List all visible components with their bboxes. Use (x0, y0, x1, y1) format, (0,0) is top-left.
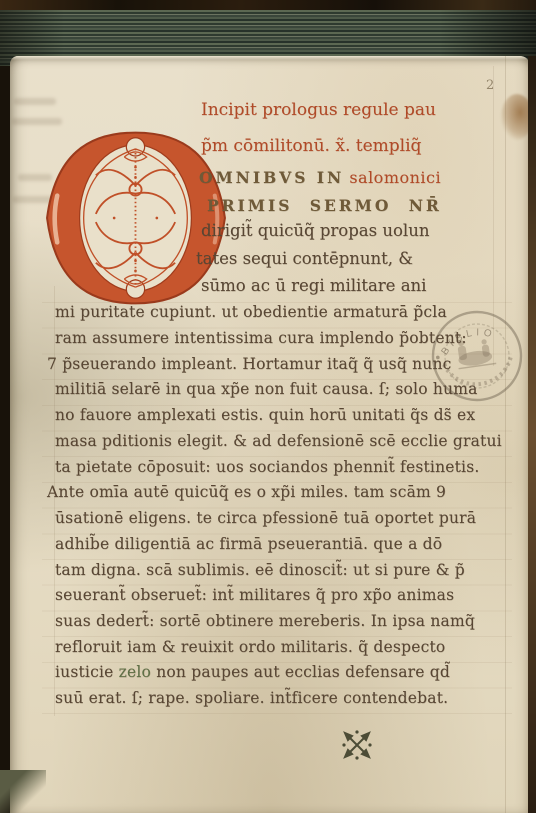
body-line: ram assumere intentissima cura implendo … (55, 329, 467, 347)
body-line: Ante omīa autē quicūq̃ es o xp̃i miles. … (47, 483, 446, 501)
body-line: suū erat. ſ; rape. spoliare. int̃ficere … (55, 689, 448, 707)
quire-mark-icon (340, 728, 374, 762)
opening-capitals: OMNIBVS IN (199, 168, 344, 187)
rubric-end-word: salomonici (349, 168, 441, 187)
green-ink-word: zelo (119, 663, 151, 681)
body-line: 7 p̃seuerando impleant. Hortamur itaq̃ q… (47, 355, 452, 373)
body-line: refloruit iam & reuixit ordo militaris. … (55, 638, 445, 656)
body-line: ta pietate cōposuit: uos sociandos phenn… (55, 458, 480, 476)
rubric-line-2: p̃m cōmilitonū. x̃. templiq̃ (201, 136, 421, 156)
opening-caps-line: OMNIBVS IN salomonici (199, 168, 441, 187)
right-page-edges (528, 56, 536, 813)
body-line-segment: iusticie (55, 663, 119, 681)
body-line-segment: non paupes aut ecclias defensare qd̃ (151, 663, 450, 681)
stamp-emblem (456, 336, 493, 367)
manuscript-photo: 2 (0, 0, 536, 813)
body-line: militiā selarē in qua xp̃e non fuit caus… (55, 380, 478, 398)
body-line: no fauore amplexati estis. quin horū uni… (55, 406, 475, 424)
body-line: tates sequi contēpnunt, & (196, 249, 413, 268)
library-stamp: BIBLIO (429, 308, 525, 404)
ink-stain (501, 94, 530, 140)
body-line: masa pditionis elegit. & ad defensionē s… (55, 432, 502, 450)
opening-caps-line-2: PRIMIS SERMO NR̄ (207, 196, 442, 215)
body-line: adhib̃e diligentiā ac firmā pseuerantiā.… (55, 535, 442, 553)
body-line: seuerant̃ obseruet̃: int̃ militares q̃ p… (55, 586, 454, 604)
body-line: mi puritate cupiunt. ut obedientie armat… (55, 303, 447, 321)
show-through-mark (12, 118, 62, 125)
body-line: suas dedert̃: sortē obtinere mereberis. … (55, 612, 475, 630)
show-through-mark (14, 98, 56, 105)
rubric-line-1: Incipit prologus regule pau (201, 100, 436, 120)
body-line: tam digna. scā sublimis. eē dinoscit̃: u… (55, 561, 465, 579)
body-line: dirigit̃ quicūq̃ propas uolun (201, 221, 429, 240)
parchment-page: 2 (10, 56, 530, 813)
body-line: sūmo ac ū regi militare ani (201, 276, 426, 295)
body-line: ūsationē eligens. te circa pfessionē tuā… (55, 509, 476, 527)
body-line: iusticie zelo non paupes aut ecclias def… (55, 663, 450, 681)
folio-number: 2 (486, 78, 494, 93)
page-top-edge (10, 56, 530, 60)
stamp-star (436, 355, 440, 359)
bottom-left-corner-shadow (0, 770, 46, 813)
